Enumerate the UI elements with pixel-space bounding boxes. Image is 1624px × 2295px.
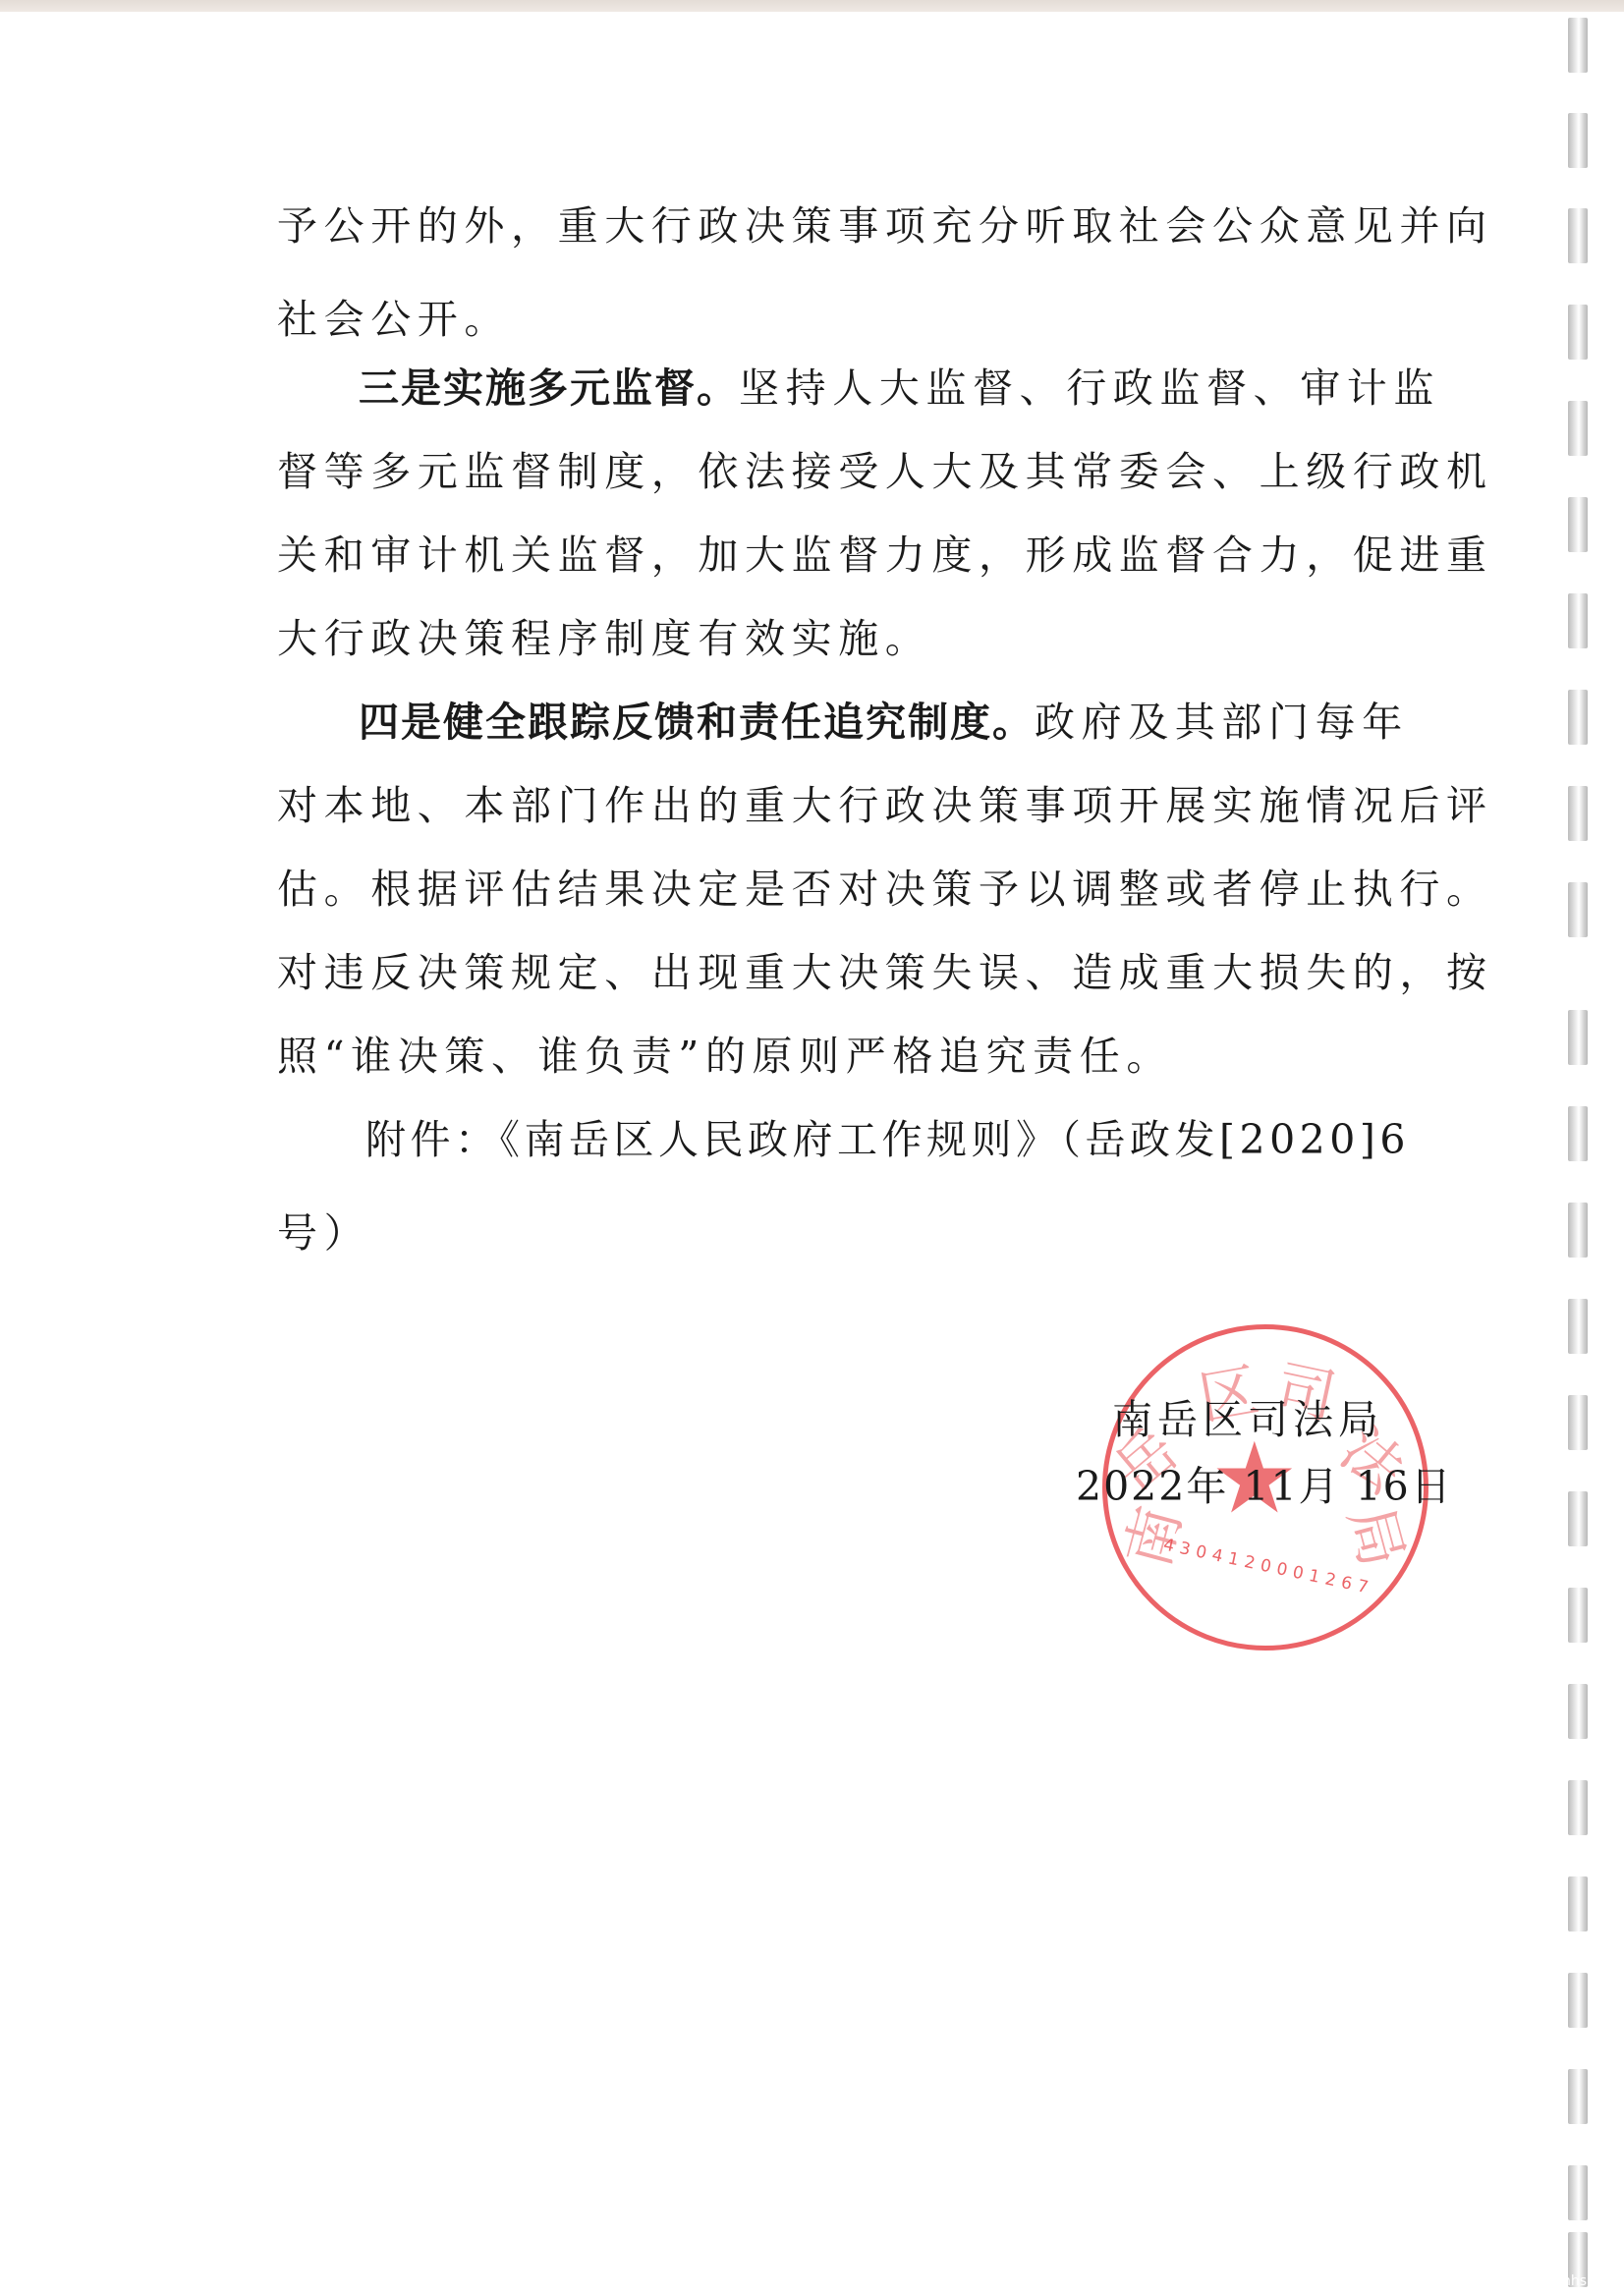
body-line: 大行政决策程序制度有效实施。 (277, 614, 931, 663)
section3-line: 三是实施多元监督。坚持人大监督、行政监督、审计监 (359, 364, 1440, 413)
body-line: 督等多元监督制度，依法接受人大及其常委会、上级行政机 (277, 447, 1493, 496)
section3-heading: 三是实施多元监督。 (359, 364, 739, 412)
body-line: 关和审计机关监督，加大监督力度，形成监督合力，促进重 (277, 531, 1493, 580)
section4-line: 四是健全跟踪反馈和责任追究制度。政府及其部门每年 (359, 698, 1409, 747)
attachment-line: 号） (277, 1208, 370, 1258)
body-line: 估。根据评估结果决定是否对决策予以调整或者停止执行。 (277, 865, 1493, 914)
body-line: 对本地、本部门作出的重大行政决策事项开展实施情况后评 (277, 781, 1493, 830)
body-line: 社会公开。 (277, 295, 511, 344)
watermark-text: nhs (1562, 2273, 1587, 2289)
section3-text: 坚持人大监督、行政监督、审计监 (739, 364, 1440, 412)
body-line: 照“谁决策、谁负责”的原则严格追究责任。 (277, 1032, 1173, 1081)
section4-heading: 四是健全跟踪反馈和责任追究制度。 (359, 699, 1035, 746)
body-line: 对违反决策规定、出现重大决策失误、造成重大损失的，按 (277, 948, 1493, 997)
document-page: 予公开的外，重大行政决策事项充分听取社会公众意见并向 社会公开。 三是实施多元监… (0, 0, 1624, 2295)
signature-organization: 南岳区司法局 (1112, 1387, 1383, 1445)
signature-date: 2022年 11月 16日 (1076, 1454, 1453, 1512)
section4-text: 政府及其部门每年 (1035, 699, 1409, 746)
attachment-line: 附件：《南岳区人民政府工作规则》（岳政发[2020]6 (365, 1115, 1410, 1164)
body-line: 予公开的外，重大行政决策事项充分听取社会公众意见并向 (277, 201, 1493, 251)
